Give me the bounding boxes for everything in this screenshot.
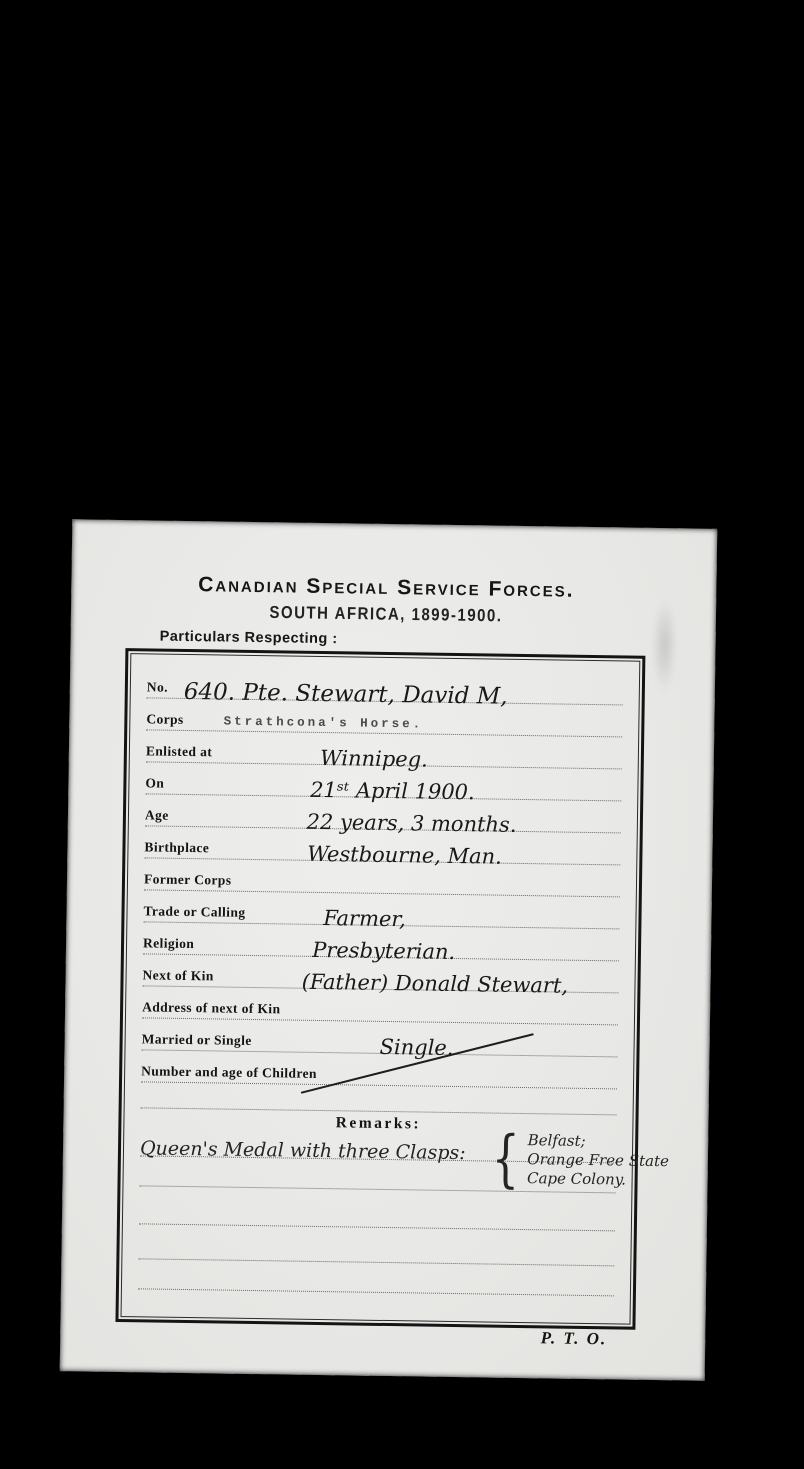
row-number-label: No. (147, 679, 168, 697)
clasp-item: Orange Free State (527, 1150, 669, 1170)
card-subtitle: SOUTH AFRICA, 1899-1900. (126, 601, 646, 628)
row-corps-value: Strathcona's Horse. (224, 715, 424, 734)
row-enlisted-at-label: Enlisted at (146, 743, 213, 762)
row-birthplace-label: Birthplace (144, 839, 209, 858)
brace-glyph: { (491, 1128, 520, 1190)
card-header: Canadian Special Service Forces. SOUTH A… (126, 572, 647, 652)
ruled-line (138, 1259, 614, 1296)
form-frame-inner: No. 640. Pte. Stewart, David M, Corps St… (121, 653, 641, 1324)
form-frame: No. 640. Pte. Stewart, David M, Corps St… (115, 648, 645, 1330)
row-on-date-label: On (145, 775, 164, 793)
row-corps-label: Corps (146, 711, 184, 730)
row-next-of-kin-label: Next of Kin (142, 967, 213, 986)
row-trade-label: Trade or Calling (143, 903, 245, 923)
row-children-label: Number and age of Children (141, 1063, 317, 1084)
row-age-label: Age (145, 807, 169, 825)
row-kin-address-label: Address of next of Kin (142, 999, 281, 1019)
row-former-corps-label: Former Corps (144, 871, 232, 890)
row-married-single-label: Married or Single (141, 1031, 251, 1051)
card-title: Canadian Special Service Forces. (126, 572, 646, 604)
clasp-item: Cape Colony. (527, 1169, 626, 1188)
scan-background: { "header": { "title": "Canadian Special… (0, 0, 804, 1469)
clasp-list: Belfast; Orange Free State Cape Colony. (527, 1131, 669, 1190)
record-card: Canadian Special Service Forces. SOUTH A… (60, 519, 718, 1380)
row-religion-label: Religion (143, 935, 194, 954)
clasp-list-group: { Belfast; Orange Free State Cape Colony… (485, 1127, 669, 1192)
pto-label: P. T. O. (541, 1328, 608, 1349)
paper-smudge (651, 598, 678, 693)
clasp-item: Belfast; (528, 1131, 586, 1150)
particulars-label: Particulars Respecting : (160, 629, 646, 652)
